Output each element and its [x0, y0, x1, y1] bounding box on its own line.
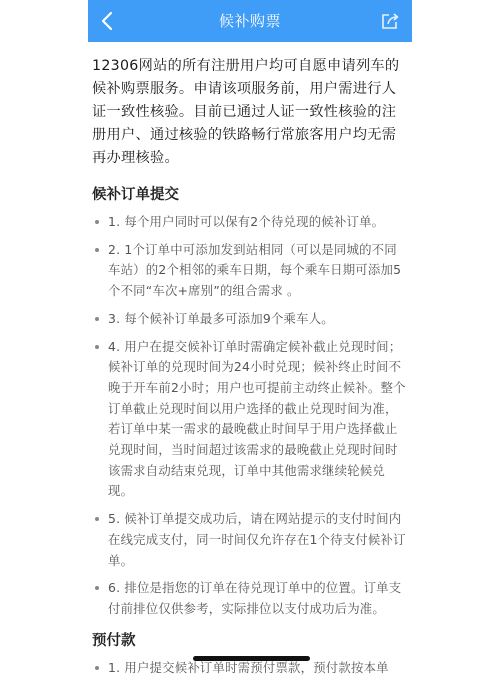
intro-paragraph: 12306网站的所有注册用户均可自愿申请列车的候补购票服务。申请该项服务前，用户…	[92, 55, 408, 170]
bullet-icon	[95, 220, 99, 224]
section-title-prepayment: 预付款	[92, 630, 408, 652]
list-item-text: 4. 用户在提交候补订单时需确定候补截止兑现时间；候补订单的兑现时间为24小时兑…	[108, 339, 406, 499]
list-item: 3. 每个候补订单最多可添加9个乘车人。	[92, 309, 408, 330]
bullet-icon	[95, 317, 99, 321]
list-item: 2. 1个订单中可添加发到站相同（可以是同城的不同车站）的2个相邻的乘车日期，每…	[92, 240, 408, 302]
list-item-text: 5. 候补订单提交成功后，请在网站提示的支付时间内在线完成支付，同一时间仅允许存…	[108, 511, 406, 567]
list-item-text: 2. 1个订单中可添加发到站相同（可以是同城的不同车站）的2个相邻的乘车日期，每…	[108, 242, 401, 298]
list-item: 5. 候补订单提交成功后，请在网站提示的支付时间内在线完成支付，同一时间仅允许存…	[92, 509, 408, 571]
share-button[interactable]	[380, 11, 400, 31]
order-submit-list: 1. 每个用户同时可以保有2个待兑现的候补订单。 2. 1个订单中可添加发到站相…	[92, 212, 408, 620]
page-title: 候补购票	[88, 0, 412, 42]
home-indicator[interactable]	[193, 656, 310, 660]
section-title-order-submit: 候补订单提交	[92, 184, 408, 206]
bullet-icon	[95, 517, 99, 521]
share-icon	[380, 11, 400, 31]
bullet-icon	[95, 248, 99, 252]
list-item-text: 1. 每个用户同时可以保有2个待兑现的候补订单。	[108, 214, 384, 229]
list-item: 6. 排位是指您的订单在待兑现订单中的位置。订单支付前排位仅供参考，实际排位以支…	[92, 578, 408, 619]
bullet-icon	[95, 345, 99, 349]
list-item-text: 6. 排位是指您的订单在待兑现订单中的位置。订单支付前排位仅供参考，实际排位以支…	[108, 580, 401, 616]
article-content: 12306网站的所有注册用户均可自愿申请列车的候补购票服务。申请该项服务前，用户…	[92, 55, 408, 660]
bullet-icon	[95, 586, 99, 590]
list-item-text: 3. 每个候补订单最多可添加9个乘车人。	[108, 311, 334, 326]
navigation-bar: 候补购票	[88, 0, 412, 42]
list-item: 4. 用户在提交候补订单时需确定候补截止兑现时间；候补订单的兑现时间为24小时兑…	[92, 337, 408, 503]
phone-screen: 候补购票 12306网站的所有注册用户均可自愿申请列车的候补购票服务。申请该项服…	[88, 0, 412, 660]
list-item: 1. 每个用户同时可以保有2个待兑现的候补订单。	[92, 212, 408, 233]
